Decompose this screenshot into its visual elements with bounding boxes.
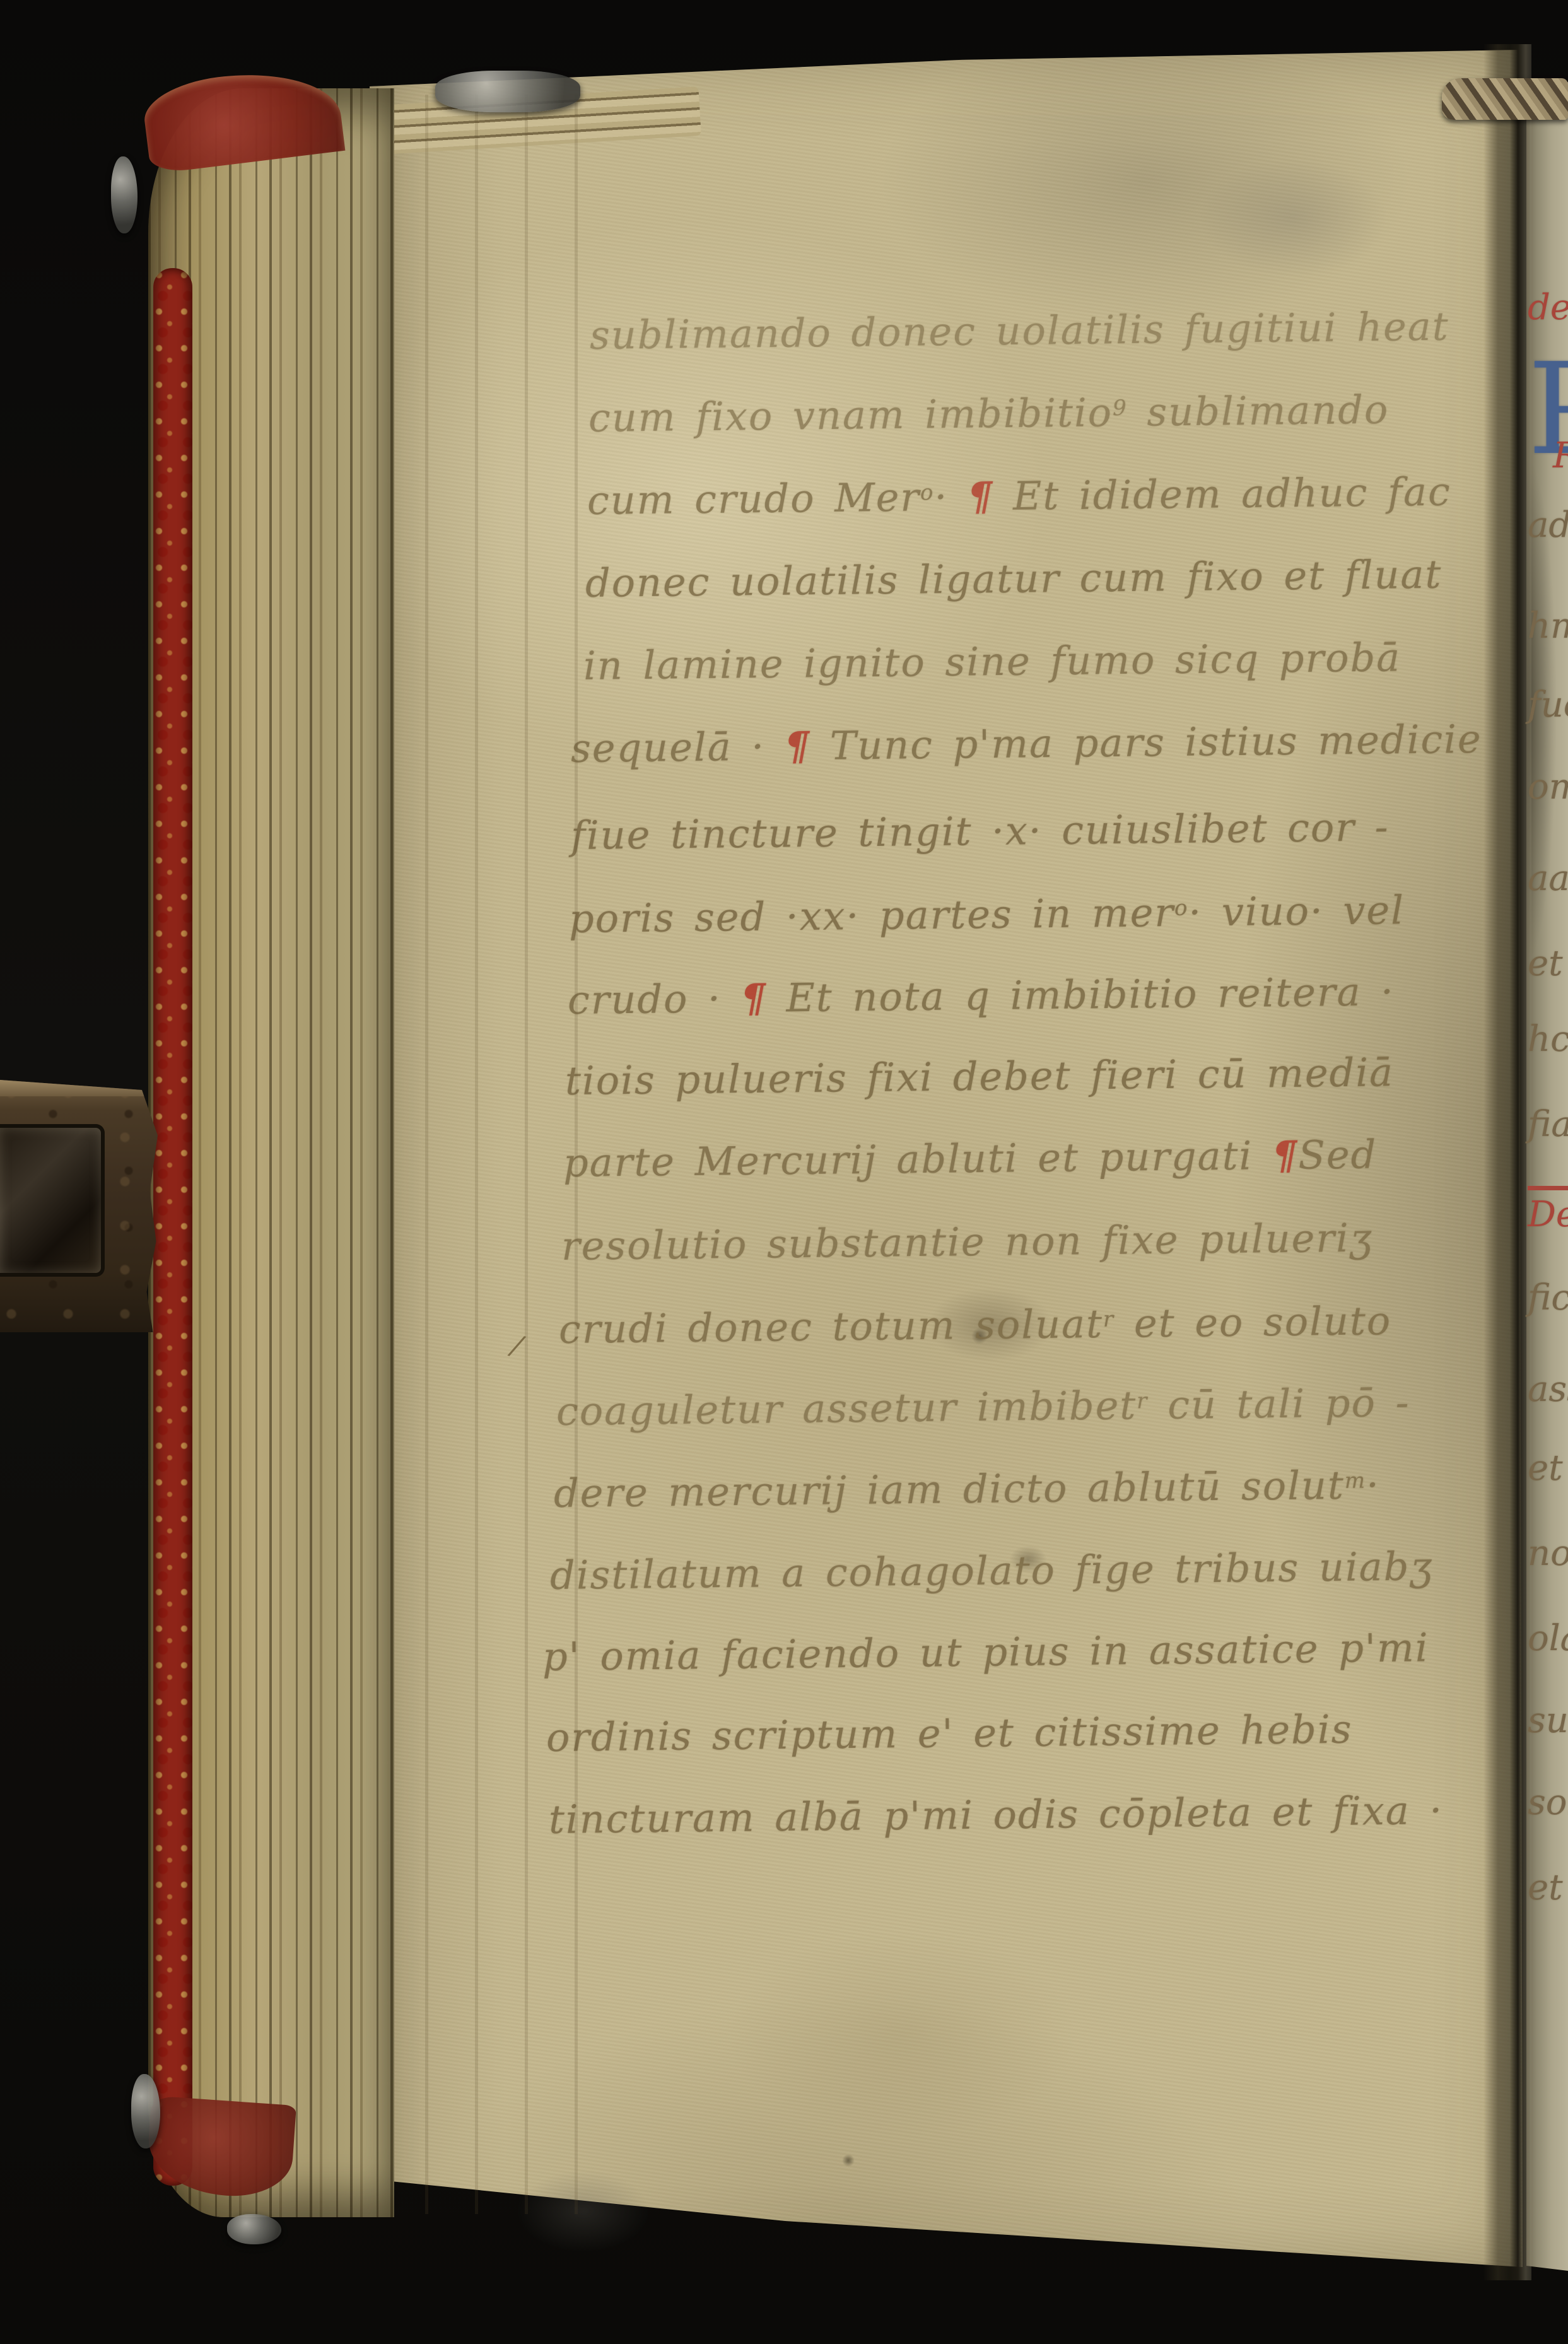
facing-text-fragment: oma: [1528, 766, 1568, 807]
metal-clasp-remnant: [131, 2074, 160, 2148]
stain: [927, 1287, 1053, 1362]
metal-clasp-remnant: [227, 2214, 281, 2244]
manuscript-photo: sublimando donec uolatilis fugitiui heat…: [0, 0, 1568, 2344]
facing-text-fragment: hm: [1528, 606, 1568, 647]
strap-top-edge: [0, 1080, 158, 1096]
facing-text-fragment: et he: [1528, 1867, 1568, 1908]
facing-text-fragment: ad z: [1528, 505, 1568, 546]
facing-text-fragment: et non: [1528, 943, 1568, 984]
facing-text-fragment: de o: [1528, 287, 1568, 328]
stain: [725, 1930, 1079, 2138]
facing-text-fragment: De st: [1528, 1186, 1568, 1235]
clasp-strap: [0, 1080, 158, 1332]
facing-text-fragment: solu: [1528, 1782, 1568, 1823]
stain: [1009, 1545, 1047, 1573]
ink-speck: [971, 1328, 988, 1344]
metal-clasp-remnant: [111, 156, 137, 233]
facing-text-fragment: assatu: [1528, 1369, 1568, 1410]
facing-text-fragment: et f: [1528, 1448, 1568, 1489]
clasp-buckle: [0, 1124, 105, 1277]
facing-text-fragment: fue p: [1528, 684, 1568, 725]
ink-speck: [842, 2154, 855, 2167]
gutter-shadow: [1483, 44, 1531, 2280]
facing-text-fragment: ola: [1528, 1618, 1568, 1659]
facing-text-fragment: Rr: [1553, 435, 1568, 476]
facing-text-fragment: fiat: [1528, 1104, 1568, 1145]
facing-text-fragment: no: [1528, 1533, 1568, 1574]
endband: [1442, 78, 1568, 120]
stain: [1198, 158, 1388, 278]
inner-page-curve-lines: [378, 95, 593, 2214]
facing-text-fragment: aatir: [1528, 858, 1568, 899]
facing-text-fragment: subc: [1528, 1700, 1568, 1741]
facing-text-fragment: hc fie: [1528, 1019, 1568, 1060]
metal-clasp-remnant: [435, 71, 580, 112]
facing-text-fragment: fico va: [1528, 1277, 1568, 1318]
red-spine-edge: [153, 268, 192, 2186]
